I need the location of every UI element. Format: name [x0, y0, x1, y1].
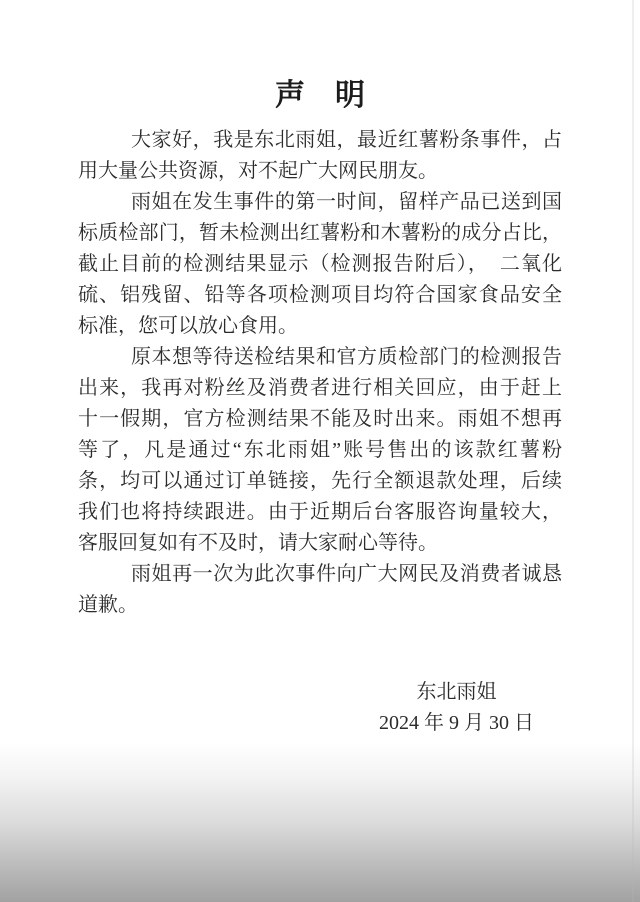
paragraph-line: 大家好，我是东北雨姐，最近红薯粉条事件，占 — [78, 125, 562, 156]
statement-title: 声 明 — [78, 82, 562, 110]
bottom-gradient — [0, 742, 640, 902]
paragraph-line: 标准，您可以放心食用。 — [78, 311, 562, 342]
scan-edge-artifact — [632, 0, 634, 902]
paragraph-line: 等了，凡是通过“东北雨姐”账号售出的该款红薯粉 — [78, 435, 562, 466]
paragraph-line: 十一假期，官方检测结果不能及时出来。雨姐不想再 — [78, 404, 562, 435]
paragraph-line: 截止目前的检测结果显示（检测报告附后）， 二氧化 — [78, 249, 562, 280]
paragraph-line: 客服回复如有不及时，请大家耐心等待。 — [78, 528, 562, 559]
paragraph: 雨姐在发生事件的第一时间，留样产品已送到国 标质检部门，暂未检测出红薯粉和木薯粉… — [78, 187, 562, 342]
statement-body: 大家好，我是东北雨姐，最近红薯粉条事件，占 用大量公共资源，对不起广大网民朋友。… — [78, 125, 562, 621]
signature-date: 2024 年 9 月 30 日 — [379, 708, 534, 739]
statement-page: 声 明 大家好，我是东北雨姐，最近红薯粉条事件，占 用大量公共资源，对不起广大网… — [0, 0, 640, 902]
statement-document: 声 明 大家好，我是东北雨姐，最近红薯粉条事件，占 用大量公共资源，对不起广大网… — [78, 0, 562, 739]
paragraph-line: 出来，我再对粉丝及消费者进行相关回应，由于赶上 — [78, 373, 562, 404]
signature-name: 东北雨姐 — [379, 677, 534, 708]
paragraph: 原本想等待送检结果和官方质检部门的检测报告 出来，我再对粉丝及消费者进行相关回应… — [78, 342, 562, 559]
paragraph-line: 雨姐在发生事件的第一时间，留样产品已送到国 — [78, 187, 562, 218]
paragraph-line: 道歉。 — [78, 590, 562, 621]
paragraph-line: 硫、铝残留、铅等各项检测项目均符合国家食品安全 — [78, 280, 562, 311]
paragraph-line: 标质检部门，暂未检测出红薯粉和木薯粉的成分占比， — [78, 218, 562, 249]
paragraph-line: 原本想等待送检结果和官方质检部门的检测报告 — [78, 342, 562, 373]
signature-block: 东北雨姐 2024 年 9 月 30 日 — [379, 677, 534, 739]
paragraph: 大家好，我是东北雨姐，最近红薯粉条事件，占 用大量公共资源，对不起广大网民朋友。 — [78, 125, 562, 187]
paragraph: 雨姐再一次为此次事件向广大网民及消费者诚恳 道歉。 — [78, 559, 562, 621]
paragraph-line: 我们也将持续跟进。由于近期后台客服咨询量较大， — [78, 497, 562, 528]
paragraph-line: 用大量公共资源，对不起广大网民朋友。 — [78, 156, 562, 187]
paragraph-line: 雨姐再一次为此次事件向广大网民及消费者诚恳 — [78, 559, 562, 590]
paragraph-line: 条，均可以通过订单链接，先行全额退款处理，后续 — [78, 466, 562, 497]
